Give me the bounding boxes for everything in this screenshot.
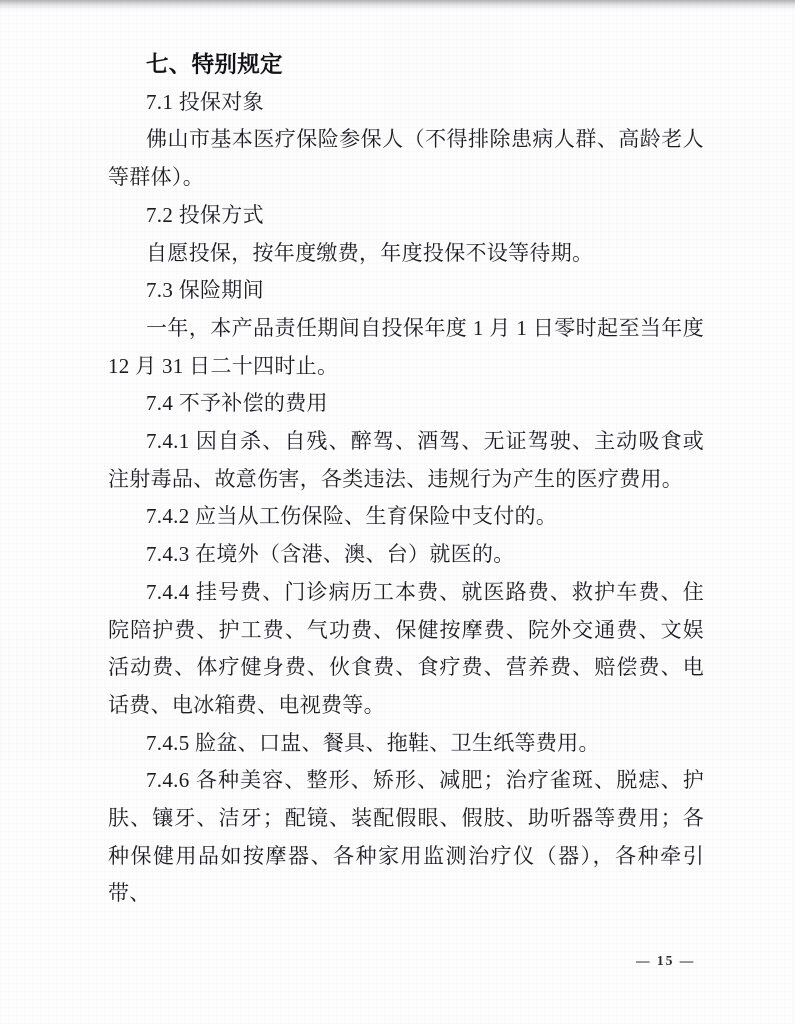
document-text-block: 七、特别规定 7.1 投保对象 佛山市基本医疗保险参保人（不得排除患病人群、高龄… <box>108 46 704 913</box>
clause-7-1-heading: 7.1 投保对象 <box>108 84 704 122</box>
clause-7-2-body: 自愿投保，按年度缴费，年度投保不设等待期。 <box>108 235 704 273</box>
clause-7-4-4: 7.4.4 挂号费、门诊病历工本费、就医路费、救护车费、住院陪护费、护工费、气功… <box>108 574 704 725</box>
clause-7-2-heading: 7.2 投保方式 <box>108 197 704 235</box>
clause-7-4-3: 7.4.3 在境外（含港、澳、台）就医的。 <box>108 536 704 574</box>
page-number: — 15 — <box>636 953 695 969</box>
clause-7-4-5: 7.4.5 脸盆、口盅、餐具、拖鞋、卫生纸等费用。 <box>108 725 704 763</box>
scanned-document-page: { "document": { "section_heading": "七、特别… <box>0 0 795 1024</box>
clause-7-3-heading: 7.3 保险期间 <box>108 272 704 310</box>
scan-edge-shadow <box>0 0 795 13</box>
clause-7-1-body: 佛山市基本医疗保险参保人（不得排除患病人群、高龄老人等群体）。 <box>108 121 704 196</box>
clause-7-4-2: 7.4.2 应当从工伤保险、生育保险中支付的。 <box>108 498 704 536</box>
section-heading: 七、特别规定 <box>108 46 704 84</box>
clause-7-4-6: 7.4.6 各种美容、整形、矫形、减肥；治疗雀斑、脱痣、护肤、镶牙、洁牙；配镜、… <box>108 762 704 913</box>
clause-7-3-body: 一年，本产品责任期间自投保年度 1 月 1 日零时起至当年度 12 月 31 日… <box>108 310 704 385</box>
clause-7-4-heading: 7.4 不予补偿的费用 <box>108 385 704 423</box>
clause-7-4-1: 7.4.1 因自杀、自残、醉驾、酒驾、无证驾驶、主动吸食或注射毒品、故意伤害，各… <box>108 423 704 498</box>
